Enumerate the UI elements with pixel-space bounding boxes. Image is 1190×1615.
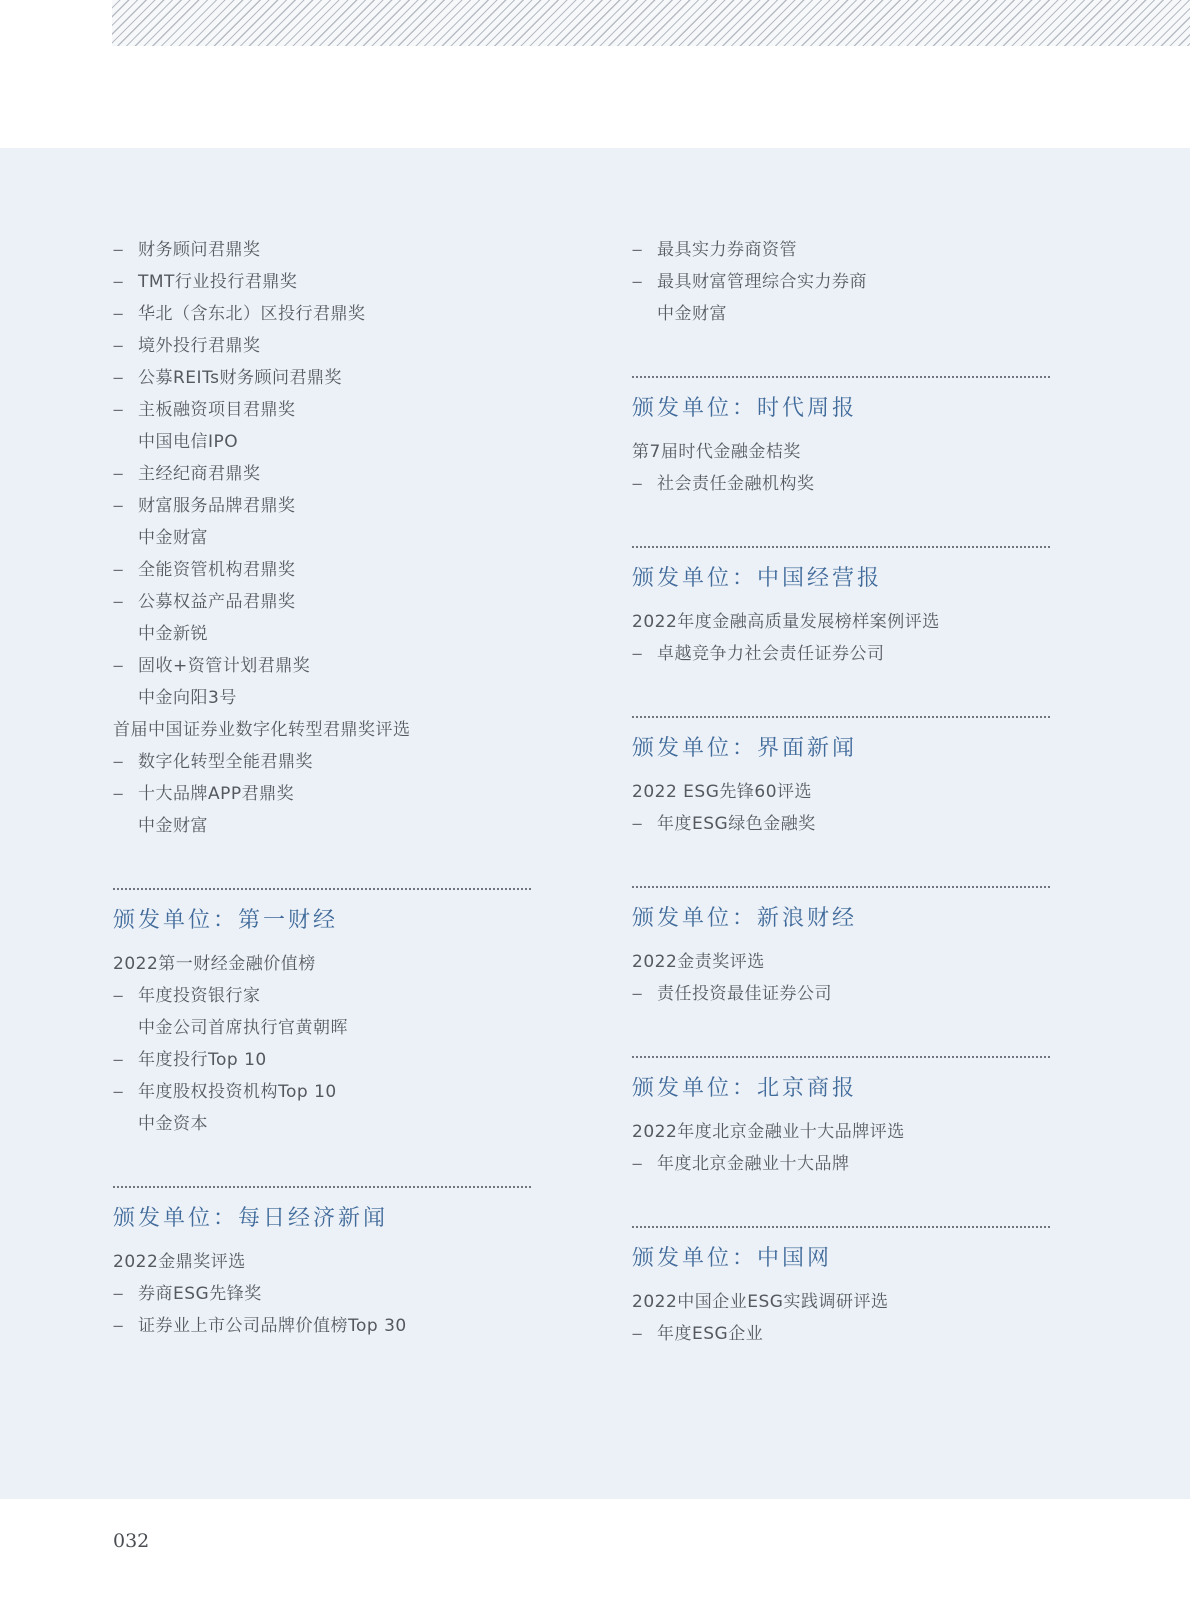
award-event-title: 2022第一财经金融价值榜 (113, 948, 533, 980)
award-item: 财务顾问君鼎奖 (113, 234, 533, 266)
left-column: 财务顾问君鼎奖 TMT行业投行君鼎奖 华北（含东北）区投行君鼎奖 境外投行君鼎奖… (113, 234, 533, 1342)
dotted-divider (632, 1226, 1050, 1228)
section-time-weekly: 颁发单位：时代周报 第7届时代金融金桔奖 社会责任金融机构奖 (632, 376, 1052, 500)
award-item: 年度投资银行家 (113, 980, 533, 1012)
award-item: 年度ESG企业 (632, 1318, 1052, 1350)
section-heading: 颁发单位：时代周报 (632, 394, 1052, 424)
dotted-divider (113, 888, 531, 890)
decorative-hatch-band (112, 0, 1190, 46)
award-item: 卓越竞争力社会责任证券公司 (632, 638, 1052, 670)
award-event-title: 2022 ESG先锋60评选 (632, 776, 1052, 808)
award-item: 最具财富管理综合实力券商 (632, 266, 1052, 298)
award-item: 数字化转型全能君鼎奖 (113, 746, 533, 778)
award-item: 最具实力券商资管 (632, 234, 1052, 266)
award-item: 证券业上市公司品牌价值榜Top 30 (113, 1310, 533, 1342)
section-china-net: 颁发单位：中国网 2022中国企业ESG实践调研评选 年度ESG企业 (632, 1226, 1052, 1350)
section-beijing-business: 颁发单位：北京商报 2022年度北京金融业十大品牌评选 年度北京金融业十大品牌 (632, 1056, 1052, 1180)
award-item: 境外投行君鼎奖 (113, 330, 533, 362)
award-recipient: 中金财富 (113, 522, 533, 554)
award-event-title: 首届中国证券业数字化转型君鼎奖评选 (113, 714, 533, 746)
award-event-title: 第7届时代金融金桔奖 (632, 436, 1052, 468)
dotted-divider (632, 1056, 1050, 1058)
award-event-title: 2022中国企业ESG实践调研评选 (632, 1286, 1052, 1318)
section-nbd: 颁发单位：每日经济新闻 2022金鼎奖评选 券商ESG先锋奖 证券业上市公司品牌… (113, 1186, 533, 1342)
section-sina-finance: 颁发单位：新浪财经 2022金责奖评选 责任投资最佳证券公司 (632, 886, 1052, 1010)
dotted-divider (632, 546, 1050, 548)
award-item: 年度股权投资机构Top 10 (113, 1076, 533, 1108)
section-heading: 颁发单位：新浪财经 (632, 904, 1052, 934)
award-item: 公募权益产品君鼎奖 (113, 586, 533, 618)
award-item: 责任投资最佳证券公司 (632, 978, 1052, 1010)
award-item: 十大品牌APP君鼎奖 (113, 778, 533, 810)
dotted-divider (632, 716, 1050, 718)
award-event-title: 2022金责奖评选 (632, 946, 1052, 978)
page-number: 032 (113, 1530, 149, 1552)
award-item: 年度ESG绿色金融奖 (632, 808, 1052, 840)
award-recipient: 中金资本 (113, 1108, 533, 1140)
section-heading: 颁发单位：每日经济新闻 (113, 1204, 533, 1234)
award-recipient: 中金向阳3号 (113, 682, 533, 714)
section-china-business: 颁发单位：中国经营报 2022年度金融高质量发展榜样案例评选 卓越竞争力社会责任… (632, 546, 1052, 670)
award-item: 社会责任金融机构奖 (632, 468, 1052, 500)
award-item: 固收+资管计划君鼎奖 (113, 650, 533, 682)
left-continued-list: 财务顾问君鼎奖 TMT行业投行君鼎奖 华北（含东北）区投行君鼎奖 境外投行君鼎奖… (113, 234, 533, 842)
award-item: 年度投行Top 10 (113, 1044, 533, 1076)
dotted-divider (632, 886, 1050, 888)
award-recipient: 中金新锐 (113, 618, 533, 650)
award-recipient: 中金财富 (113, 810, 533, 842)
section-heading: 颁发单位：中国网 (632, 1244, 1052, 1274)
award-item: 公募REITs财务顾问君鼎奖 (113, 362, 533, 394)
award-recipient: 中金财富 (632, 298, 1052, 330)
award-event-title: 2022年度北京金融业十大品牌评选 (632, 1116, 1052, 1148)
award-item: 主板融资项目君鼎奖 (113, 394, 533, 426)
section-heading: 颁发单位：第一财经 (113, 906, 533, 936)
dotted-divider (113, 1186, 531, 1188)
section-heading: 颁发单位：北京商报 (632, 1074, 1052, 1104)
award-recipient: 中金公司首席执行官黄朝晖 (113, 1012, 533, 1044)
section-heading: 颁发单位：界面新闻 (632, 734, 1052, 764)
award-item: 主经纪商君鼎奖 (113, 458, 533, 490)
dotted-divider (632, 376, 1050, 378)
right-continued-list: 最具实力券商资管 最具财富管理综合实力券商 中金财富 (632, 234, 1052, 330)
award-item: 年度北京金融业十大品牌 (632, 1148, 1052, 1180)
award-event-title: 2022年度金融高质量发展榜样案例评选 (632, 606, 1052, 638)
right-column: 最具实力券商资管 最具财富管理综合实力券商 中金财富 颁发单位：时代周报 第7届… (632, 234, 1052, 1350)
section-heading: 颁发单位：中国经营报 (632, 564, 1052, 594)
award-item: 券商ESG先锋奖 (113, 1278, 533, 1310)
award-event-title: 2022金鼎奖评选 (113, 1246, 533, 1278)
award-item: 全能资管机构君鼎奖 (113, 554, 533, 586)
award-recipient: 中国电信IPO (113, 426, 533, 458)
section-jiemian: 颁发单位：界面新闻 2022 ESG先锋60评选 年度ESG绿色金融奖 (632, 716, 1052, 840)
section-yicai: 颁发单位：第一财经 2022第一财经金融价值榜 年度投资银行家 中金公司首席执行… (113, 888, 533, 1140)
award-item: 财富服务品牌君鼎奖 (113, 490, 533, 522)
award-item: 华北（含东北）区投行君鼎奖 (113, 298, 533, 330)
award-item: TMT行业投行君鼎奖 (113, 266, 533, 298)
